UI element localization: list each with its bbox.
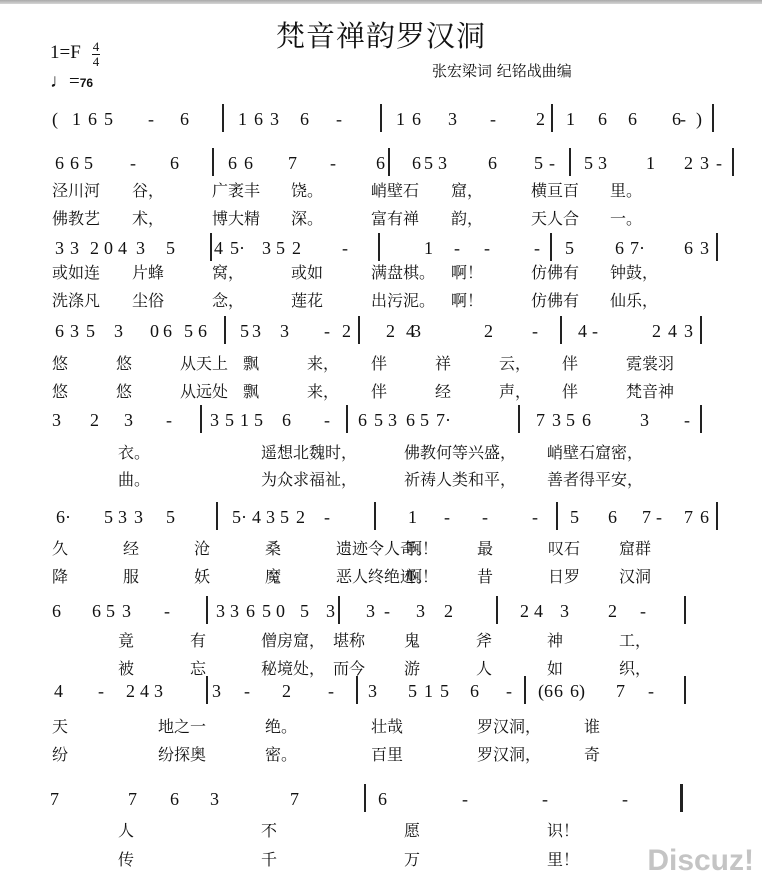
lyric-word: 片蜂 xyxy=(132,260,164,283)
lyric-word: 谷， xyxy=(132,178,164,201)
note: 2 xyxy=(90,409,99,431)
final-barline xyxy=(680,784,683,812)
barline xyxy=(388,148,390,176)
note: 7 xyxy=(128,788,137,810)
note: 2 xyxy=(652,320,661,342)
note: 6 xyxy=(170,152,179,174)
lyric-word: 啊！ xyxy=(451,288,483,311)
dash-extension: - xyxy=(324,506,330,528)
note: 3 xyxy=(136,237,145,259)
dash-extension: - xyxy=(462,788,468,810)
note: 6 xyxy=(92,600,101,622)
lyric-word: 遥想北魏时， xyxy=(261,440,357,463)
note: 6 xyxy=(88,108,97,130)
dash-extension: - xyxy=(532,506,538,528)
lyric-word: 伴 xyxy=(562,351,578,374)
lyric-word: 千 xyxy=(261,847,277,870)
barline xyxy=(206,676,208,704)
note: 6 xyxy=(163,320,172,342)
lyric-word: 有 xyxy=(190,628,206,651)
lyric-word: 织， xyxy=(619,656,651,679)
note: 1 xyxy=(396,108,405,130)
lyric-word: 悠 xyxy=(52,379,68,402)
barline xyxy=(732,148,734,176)
barline xyxy=(551,104,553,132)
dash-extension: - xyxy=(330,152,336,174)
dash-extension: - xyxy=(98,680,104,702)
lyric-word: 经 xyxy=(123,536,139,559)
lyric-word: 窟， xyxy=(451,178,483,201)
lyric-word: 沧 xyxy=(194,536,210,559)
barline xyxy=(716,233,718,261)
note: 5 xyxy=(408,680,417,702)
lyric-word: 念， xyxy=(212,288,244,311)
note: 3 xyxy=(210,788,219,810)
note: 5 xyxy=(440,680,449,702)
lyric-word: 啊！ xyxy=(451,260,483,283)
note: 0 xyxy=(276,600,285,622)
note: 3 xyxy=(700,152,709,174)
note: 6 xyxy=(228,152,237,174)
lyric-word: 一。 xyxy=(610,206,642,229)
note: 3 xyxy=(262,237,271,259)
note: 6 xyxy=(52,600,61,622)
score-system-9: 776376--- xyxy=(0,788,762,818)
lyric-word: 万 xyxy=(404,847,420,870)
note: 6 xyxy=(684,237,693,259)
note: 7· xyxy=(630,237,645,259)
note: 6) xyxy=(570,680,585,702)
barline xyxy=(374,502,376,530)
note: 1 xyxy=(646,152,655,174)
dash-extension: - xyxy=(484,237,490,259)
note: 1 xyxy=(238,108,247,130)
dash-extension: - xyxy=(506,680,512,702)
lyric-word: 不 xyxy=(261,818,277,841)
lyric-word: 天 xyxy=(52,714,68,737)
note: 5 xyxy=(300,600,309,622)
lyric-word: 出污泥。 xyxy=(371,288,435,311)
note: 2 xyxy=(608,600,617,622)
note: 6 xyxy=(170,788,179,810)
dash-extension: - xyxy=(534,237,540,259)
lyric-word: 啊！ xyxy=(406,536,438,559)
key-label: 1=F xyxy=(50,42,81,63)
lyric-word: 满盘棋。 xyxy=(371,260,435,283)
note: 6 xyxy=(582,409,591,431)
lyric-word: 服 xyxy=(123,564,139,587)
note: 2 xyxy=(484,320,493,342)
lyric-word: 里。 xyxy=(610,178,642,201)
lyric-word: 罗汉洞， xyxy=(477,714,541,737)
note: 4 xyxy=(578,320,587,342)
note: (6 xyxy=(538,680,553,702)
note: 6 xyxy=(700,506,709,528)
note: 6 xyxy=(615,237,624,259)
note: 2 xyxy=(296,506,305,528)
note: 3 xyxy=(700,237,709,259)
barline xyxy=(569,148,571,176)
barline xyxy=(524,676,526,704)
note: 5 xyxy=(584,152,593,174)
note: ( xyxy=(52,108,58,130)
lyric-word: 伴 xyxy=(371,379,387,402)
dash-extension: - xyxy=(130,152,136,174)
barline xyxy=(358,316,360,344)
tempo-marking: ♩=76 xyxy=(50,71,93,93)
note: 3 xyxy=(270,108,279,130)
dash-extension: - xyxy=(482,506,488,528)
note: 2 xyxy=(386,320,395,342)
tempo-symbol: ♩= xyxy=(50,71,80,92)
tempo-value: 76 xyxy=(80,76,93,90)
note: 6 xyxy=(198,320,207,342)
lyric-word: 僧房窟， xyxy=(261,628,325,651)
lyric-word: 竟 xyxy=(118,628,134,651)
lyric-word: 秘境处， xyxy=(261,656,325,679)
lyric-word: 或如 xyxy=(291,260,323,283)
lyric-word: 堪称 xyxy=(333,628,365,651)
note: 5 xyxy=(566,409,575,431)
lyric-word: 悠 xyxy=(52,351,68,374)
note: 3 xyxy=(326,600,335,622)
note: 7 xyxy=(50,788,59,810)
score-system-4: 63530656533-22432-4-243 xyxy=(0,320,762,350)
score-system-7: 6653-33650533-322432- xyxy=(0,600,762,630)
lyric-word: 佛教艺 xyxy=(52,206,100,229)
lyric-word: 纷探奥 xyxy=(158,742,206,765)
note: 7 xyxy=(616,680,625,702)
lyric-word: 泾川河 xyxy=(52,178,100,201)
barline xyxy=(700,316,702,344)
note: 3 xyxy=(280,320,289,342)
lyric-word: 降 xyxy=(52,564,68,587)
note: 3 xyxy=(118,506,127,528)
dash-extension: - xyxy=(444,506,450,528)
barline xyxy=(550,233,552,261)
note: 7· xyxy=(436,409,451,431)
note: 3 xyxy=(252,320,261,342)
barline xyxy=(560,316,562,344)
lyric-word: 云， xyxy=(499,351,531,374)
lyric-word: 如 xyxy=(547,656,563,679)
score-system-5: 323-35156-653657·73563- xyxy=(0,409,762,439)
barline xyxy=(684,676,686,704)
lyric-word: 钟鼓， xyxy=(610,260,658,283)
note: 5 xyxy=(184,320,193,342)
note: 5 xyxy=(565,237,574,259)
note: 1 xyxy=(240,409,249,431)
note: 5 xyxy=(166,506,175,528)
note: 5 xyxy=(276,237,285,259)
lyric-word: 祥 xyxy=(435,351,451,374)
lyric-word: 识！ xyxy=(547,818,579,841)
lyric-word: 尘俗 xyxy=(132,288,164,311)
note: 3 xyxy=(560,600,569,622)
lyric-word: 神 xyxy=(547,628,563,651)
note: 5 xyxy=(104,506,113,528)
barline xyxy=(684,596,686,624)
lyric-word: 仙乐， xyxy=(610,288,658,311)
lyric-word: 汉洞 xyxy=(619,564,651,587)
lyric-word: 善者得平安， xyxy=(547,467,643,490)
time-signature: 4 4 xyxy=(92,40,100,69)
barline xyxy=(716,502,718,530)
note: 3 xyxy=(438,152,447,174)
note: 6 xyxy=(254,108,263,130)
note: 6 xyxy=(55,320,64,342)
barline xyxy=(346,405,348,433)
score-system-8: 4-2433-2-35156-(666)7- xyxy=(0,680,762,710)
note: 6 xyxy=(406,409,415,431)
note: 6 xyxy=(554,680,563,702)
lyric-word: 日罗 xyxy=(548,564,580,587)
lyric-word: 横亘百 xyxy=(531,178,579,201)
lyric-word: 最 xyxy=(477,536,493,559)
note: 3 xyxy=(216,600,225,622)
note: 5 xyxy=(106,600,115,622)
note: 6 xyxy=(300,108,309,130)
lyric-word: 地之一 xyxy=(158,714,206,737)
lyric-word: 罗汉洞， xyxy=(477,742,541,765)
lyric-word: 人 xyxy=(476,656,492,679)
note: 3 xyxy=(412,320,421,342)
note: 5· xyxy=(230,237,245,259)
note: 5 xyxy=(374,409,383,431)
lyric-word: 昔 xyxy=(477,564,493,587)
lyric-word: 窟群 xyxy=(619,536,651,559)
dash-extension: - xyxy=(244,680,250,702)
watermark-logo: Discuz! xyxy=(647,844,754,878)
note: ) xyxy=(696,108,702,130)
lyric-word: 叹石 xyxy=(548,536,580,559)
dash-extension: - xyxy=(622,788,628,810)
lyric-word: 飘 xyxy=(243,351,259,374)
lyric-word: 魔 xyxy=(265,564,281,587)
dash-extension: - xyxy=(342,237,348,259)
note: 7 xyxy=(288,152,297,174)
lyric-word: 窝， xyxy=(212,260,244,283)
lyric-word: 洗涤凡 xyxy=(52,288,100,311)
lyric-word: 悠 xyxy=(116,379,132,402)
note: 6 xyxy=(70,152,79,174)
lyric-word: 久 xyxy=(52,536,68,559)
note: 3 xyxy=(70,237,79,259)
note: 2 xyxy=(520,600,529,622)
lyric-word: 梵音神 xyxy=(626,379,674,402)
lyric-word: 富有禅 xyxy=(371,206,419,229)
note: 6 xyxy=(598,108,607,130)
note: 3 xyxy=(55,237,64,259)
note: 3 xyxy=(368,680,377,702)
lyric-word: 游 xyxy=(404,656,420,679)
note: 6 xyxy=(180,108,189,130)
dash-extension: - xyxy=(640,600,646,622)
note: 3 xyxy=(640,409,649,431)
score-system-6: 6·53355·4352-1---567-76 xyxy=(0,506,762,536)
dash-extension: - xyxy=(592,320,598,342)
lyric-word: 妖 xyxy=(194,564,210,587)
lyric-word: 里！ xyxy=(547,847,579,870)
lyric-word: 峭壁石 xyxy=(371,178,419,201)
note: 2 xyxy=(444,600,453,622)
dash-extension: - xyxy=(166,409,172,431)
dash-extension: - xyxy=(164,600,170,622)
lyric-word: 霓裳羽 xyxy=(626,351,674,374)
lyric-word: 曲。 xyxy=(118,467,150,490)
note: 3 xyxy=(598,152,607,174)
lyric-word: 广袤丰 xyxy=(212,178,260,201)
lyric-word: 为众求福祉， xyxy=(261,467,357,490)
note: 6 xyxy=(378,788,387,810)
dash-extension: - xyxy=(680,108,686,130)
dash-extension: - xyxy=(148,108,154,130)
lyric-word: 愿 xyxy=(404,818,420,841)
note: 1 xyxy=(424,680,433,702)
note: 6 xyxy=(608,506,617,528)
note: 3 xyxy=(134,506,143,528)
note: 6 xyxy=(358,409,367,431)
note: 3 xyxy=(552,409,561,431)
barline xyxy=(210,233,212,261)
lyric-word: 绝。 xyxy=(265,714,297,737)
note: 2 xyxy=(684,152,693,174)
note: 5 xyxy=(104,108,113,130)
lyric-word: 博大精 xyxy=(212,206,260,229)
lyric-word: 工， xyxy=(619,628,651,651)
lyric-word: 谁 xyxy=(584,714,600,737)
lyric-word: 韵， xyxy=(451,206,483,229)
note: 3 xyxy=(124,409,133,431)
lyric-word: 从远处 xyxy=(180,379,228,402)
lyric-word: 衣。 xyxy=(118,440,150,463)
note: 5 xyxy=(534,152,543,174)
note: 5 xyxy=(420,409,429,431)
note: 1 xyxy=(408,506,417,528)
note: 4 xyxy=(252,506,261,528)
lyric-word: 祈祷人类和平， xyxy=(404,467,516,490)
note: 2 xyxy=(126,680,135,702)
note: 5 xyxy=(84,152,93,174)
lyric-word: 莲花 xyxy=(291,288,323,311)
note: 5 xyxy=(240,320,249,342)
note: 6 xyxy=(488,152,497,174)
authors-credit: 张宏梁词 纪铭战曲编 xyxy=(432,60,572,81)
lyric-word: 饶。 xyxy=(291,178,323,201)
note: 5 xyxy=(254,409,263,431)
note: 5 xyxy=(570,506,579,528)
note: 3 xyxy=(448,108,457,130)
dash-extension: - xyxy=(656,506,662,528)
barline xyxy=(518,405,520,433)
note: 5 xyxy=(280,506,289,528)
dash-extension: - xyxy=(684,409,690,431)
lyric-word: 人 xyxy=(118,818,134,841)
note: 2 xyxy=(536,108,545,130)
note: 6 xyxy=(470,680,479,702)
barline xyxy=(364,784,366,812)
lyric-word: 忘 xyxy=(190,656,206,679)
dash-extension: - xyxy=(490,108,496,130)
note: 7 xyxy=(290,788,299,810)
note: 6 xyxy=(244,152,253,174)
note: 7 xyxy=(642,506,651,528)
lyric-word: 仿佛有 xyxy=(531,288,579,311)
note: 5 xyxy=(262,600,271,622)
note: 3 xyxy=(52,409,61,431)
note: 4 xyxy=(140,680,149,702)
note: 3 xyxy=(366,600,375,622)
note: 6 xyxy=(628,108,637,130)
note: 7 xyxy=(684,506,693,528)
lyric-word: 密。 xyxy=(265,742,297,765)
lyric-word: 被 xyxy=(118,656,134,679)
lyric-word: 伴 xyxy=(562,379,578,402)
note: 5 xyxy=(424,152,433,174)
lyric-word: 深。 xyxy=(291,206,323,229)
lyric-word: 百里 xyxy=(371,742,403,765)
lyric-word: 悠 xyxy=(116,351,132,374)
dash-extension: - xyxy=(324,320,330,342)
note: 6 xyxy=(55,152,64,174)
note: 3 xyxy=(154,680,163,702)
lyric-word: 佛教何等兴盛， xyxy=(404,440,516,463)
note: 3 xyxy=(122,600,131,622)
dash-extension: - xyxy=(648,680,654,702)
lyric-word: 仿佛有 xyxy=(531,260,579,283)
note: 3 xyxy=(70,320,79,342)
dash-extension: - xyxy=(328,680,334,702)
note: 0 xyxy=(104,237,113,259)
barline xyxy=(200,405,202,433)
barline xyxy=(356,676,358,704)
lyric-word: 传 xyxy=(118,847,134,870)
barline xyxy=(206,596,208,624)
dash-extension: - xyxy=(336,108,342,130)
note: 6 xyxy=(412,108,421,130)
lyric-word: 经 xyxy=(435,379,451,402)
note: 3 xyxy=(210,409,219,431)
note: 7 xyxy=(536,409,545,431)
lyric-word: 飘 xyxy=(243,379,259,402)
score-system-1: (165-61636-163-21666-) xyxy=(0,108,762,138)
note: 4 xyxy=(118,237,127,259)
barline xyxy=(216,502,218,530)
note: 3 xyxy=(230,600,239,622)
note: 4 xyxy=(54,680,63,702)
barline xyxy=(224,316,226,344)
lyric-word: 来， xyxy=(307,351,339,374)
barline xyxy=(338,596,340,624)
note: 5 xyxy=(166,237,175,259)
note: 2 xyxy=(282,680,291,702)
lyric-word: 壮哉 xyxy=(371,714,403,737)
dash-extension: - xyxy=(324,409,330,431)
note: 5 xyxy=(225,409,234,431)
barline xyxy=(700,405,702,433)
lyric-word: 声， xyxy=(499,379,531,402)
note: 5 xyxy=(86,320,95,342)
note: 3 xyxy=(388,409,397,431)
lyric-word: 而今 xyxy=(333,656,365,679)
note: 5· xyxy=(232,506,247,528)
dash-extension: - xyxy=(384,600,390,622)
note: 2 xyxy=(292,237,301,259)
top-border xyxy=(0,0,762,4)
note: 2 xyxy=(342,320,351,342)
dash-extension: - xyxy=(454,237,460,259)
dash-extension: - xyxy=(549,152,555,174)
